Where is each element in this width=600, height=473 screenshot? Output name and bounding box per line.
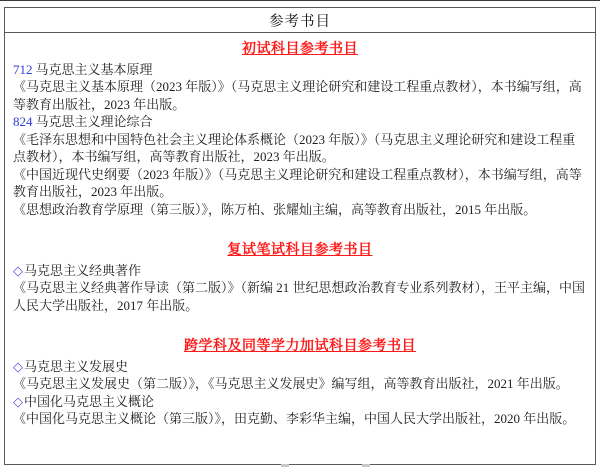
book-entry: 《中国近现代史纲要（2023 年版）》（马克思主义理论研究和建设工程重点教材），… (13, 166, 587, 201)
table-border-mark (281, 464, 289, 467)
section-gap (13, 314, 587, 334)
subject-bullet-line: ◇马克思主义发展史 (13, 358, 587, 376)
section-heading-initial-exam: 初试科目参考书目 (13, 40, 587, 58)
subject-title: 马克思主义基本原理 (36, 62, 153, 77)
section-heading-retest-exam: 复试笔试科目参考书目 (13, 241, 587, 259)
diamond-bullet-icon: ◇ (13, 263, 23, 278)
diamond-bullet-icon: ◇ (13, 359, 23, 374)
book-entry: 《马克思主义基本原理（2023 年版）》（马克思主义理论研究和建设工程重点教材）… (13, 78, 587, 113)
section-gap (13, 218, 587, 238)
subject-code-line: 824马克思主义理论综合 (13, 113, 587, 131)
book-entry: 《思想政治教育学原理（第三版）》，陈万柏、张耀灿主编，高等教育出版社，2015 … (13, 201, 587, 219)
top-horizontal-rule (0, 0, 600, 1)
book-entry: 《马克思主义发展史（第二版）》，《马克思主义发展史》编写组，高等教育出版社，20… (13, 375, 587, 393)
subject-code: 712 (13, 62, 33, 77)
subject-bullet-line: ◇中国化马克思主义概论 (13, 393, 587, 411)
table-body-cell: 初试科目参考书目 712马克思主义基本原理 《马克思主义基本原理（2023 年版… (5, 33, 595, 428)
page-title: 参考书目 (269, 10, 331, 31)
book-entry: 《中国化马克思主义概论（第三版）》，田克勤、李彩华主编，中国人民大学出版社，20… (13, 410, 587, 428)
reference-book-table: 参考书目 初试科目参考书目 712马克思主义基本原理 《马克思主义基本原理（20… (4, 7, 596, 465)
diamond-bullet-icon: ◇ (13, 394, 23, 409)
subject-title: 马克思主义发展史 (24, 359, 128, 374)
table-title-cell: 参考书目 (5, 8, 595, 33)
section-heading-crossdiscipline-exam: 跨学科及同等学力加试科目参考书目 (13, 337, 587, 355)
subject-code: 824 (13, 114, 33, 129)
table-border-mark (362, 464, 370, 467)
subject-title: 马克思主义经典著作 (24, 263, 141, 278)
subject-title: 马克思主义理论综合 (36, 114, 153, 129)
book-entry: 《毛泽东思想和中国特色社会主义理论体系概论（2023 年版）》（马克思主义理论研… (13, 131, 587, 166)
book-entry: 《马克思主义经典著作导读（第二版）》（新编 21 世纪思想政治教育专业系列教材）… (13, 279, 587, 314)
subject-code-line: 712马克思主义基本原理 (13, 61, 587, 79)
subject-bullet-line: ◇马克思主义经典著作 (13, 262, 587, 280)
subject-title: 中国化马克思主义概论 (24, 394, 154, 409)
